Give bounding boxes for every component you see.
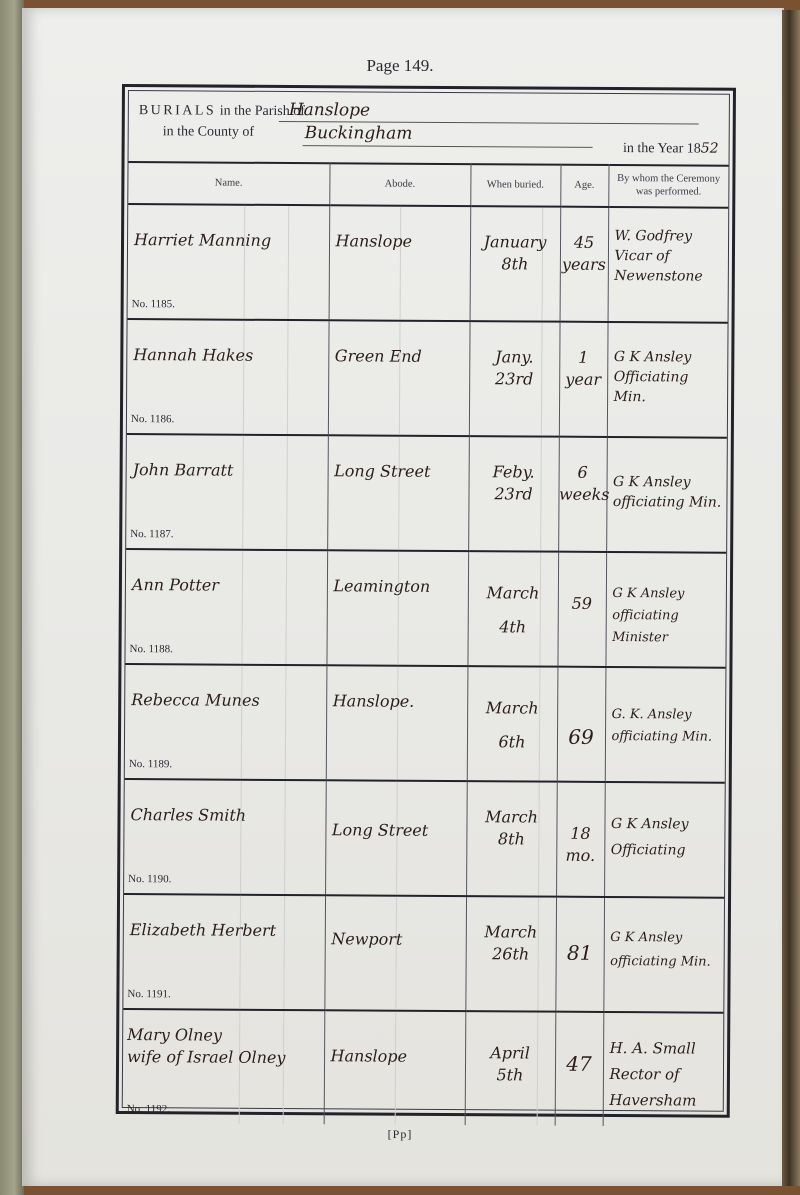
table-row: Charles SmithNo. 1190. Long Street March… [124, 779, 725, 898]
entry-abode: Long Street [334, 460, 464, 483]
cell-age: 18 mo. [556, 782, 605, 897]
entry-abode: Long Street [332, 819, 462, 842]
entry-abode: Newport [331, 928, 461, 951]
entry-officiant: G. K. Ansley officiating Min. [611, 704, 721, 749]
entry-age: 45 years [560, 232, 607, 276]
entry-abode: Green End [335, 345, 465, 368]
entry-abode: Hanslope. [333, 690, 463, 713]
cell-abode: Leamington [326, 550, 468, 666]
cell-age: 1 year [559, 322, 608, 437]
entry-when-buried: March 26th [466, 921, 555, 966]
entry-name: Ann Potter [132, 574, 323, 597]
year-suffix: 52 [701, 141, 719, 157]
entry-age: 81 [556, 942, 603, 964]
entry-name: Elizabeth Herbert [130, 919, 321, 942]
entry-abode: Hanslope [335, 230, 465, 253]
entry-when-buried: Feby. 23rd [469, 461, 558, 506]
entry-when-buried: Jany. 23rd [470, 346, 559, 391]
burials-heading: BURIALS [139, 103, 216, 118]
cell-name: John BarrattNo. 1187. [126, 434, 328, 550]
entry-number: No. 1187. [130, 528, 173, 540]
entry-officiant: H. A. Small Rector of Haversham [609, 1035, 719, 1114]
register-title-block: BURIALS in the Parish of Hanslope in the… [129, 91, 729, 167]
entry-officiant: G K Ansley Officiating Min. [614, 347, 724, 408]
col-header-age: Age. [560, 164, 608, 207]
cell-when-buried: March 4th [467, 551, 558, 667]
col-header-officiant: By whom the Ceremony was performed. [608, 164, 728, 208]
cell-age: 59 [557, 552, 606, 667]
cell-name: Rebecca MunesNo. 1189. [125, 664, 327, 780]
cell-when-buried: March 6th [467, 666, 558, 782]
cell-when-buried: April 5th [465, 1011, 556, 1126]
table-row: Ann PotterNo. 1188. Leamington March 4th… [125, 549, 726, 668]
table-row: Elizabeth HerbertNo. 1191. Newport March… [123, 894, 724, 1013]
table-row: Harriet ManningNo. 1185. Hanslope Januar… [128, 204, 729, 323]
table-row: John BarrattNo. 1187. Long Street Feby. … [126, 434, 727, 553]
entry-age: 6 weeks [559, 462, 606, 506]
entry-when-buried: March 8th [467, 806, 556, 851]
page-edges [782, 10, 800, 1186]
year-label: in the Year 18 [623, 141, 701, 156]
page-number: Page 149. [0, 56, 800, 76]
table-row: Mary Olney wife of Israel OlneyNo. 1192.… [123, 1009, 724, 1127]
table-row: Hannah HakesNo. 1186. Green End Jany. 23… [127, 319, 728, 438]
entry-when-buried: March 4th [468, 576, 557, 645]
entry-name: Charles Smith [130, 804, 321, 827]
cell-officiant: G K Ansley officiating Min. [606, 437, 727, 553]
cell-age: 69 [557, 667, 606, 782]
parish-value: Hanslope [289, 100, 370, 120]
register-inner-frame: BURIALS in the Parish of Hanslope in the… [122, 90, 730, 1112]
entry-officiant: G K Ansley Officiating [611, 811, 721, 864]
cell-name: Ann PotterNo. 1188. [125, 549, 327, 665]
cell-name: Mary Olney wife of Israel OlneyNo. 1192. [123, 1009, 325, 1124]
table-row: Rebecca MunesNo. 1189. Hanslope. March 6… [125, 664, 726, 783]
entry-age: 18 mo. [557, 823, 604, 867]
entry-number: No. 1191. [127, 988, 170, 1000]
entry-number: No. 1188. [130, 643, 173, 655]
entry-number: No. 1186. [131, 413, 174, 425]
cell-officiant: G K Ansley Officiating [604, 782, 725, 898]
entry-name: Mary Olney wife of Israel Olney [127, 1024, 320, 1069]
book-spine [0, 0, 24, 1195]
cell-name: Harriet ManningNo. 1185. [128, 204, 330, 320]
cell-when-buried: January 8th [470, 206, 561, 322]
cell-officiant: G K Ansley officiating Min. [603, 897, 724, 1013]
entry-number: No. 1192. [127, 1103, 170, 1115]
cell-abode: Hanslope [329, 205, 471, 321]
entry-abode: Hanslope [330, 1045, 460, 1068]
county-value: Buckingham [305, 123, 413, 144]
cell-abode: Long Street [327, 435, 469, 551]
col-header-abode: Abode. [329, 162, 470, 206]
cell-abode: Hanslope [324, 1010, 466, 1125]
entry-when-buried: March 6th [467, 691, 556, 760]
entry-when-buried: April 5th [465, 1042, 554, 1087]
cell-age: 47 [555, 1012, 604, 1126]
entry-officiant: W. Godfrey Vicar of Newenstone [614, 226, 724, 287]
entry-abode: Leamington [333, 575, 463, 598]
cell-name: Hannah HakesNo. 1186. [127, 319, 329, 435]
cell-age: 6 weeks [558, 437, 607, 552]
entry-age: 59 [558, 593, 605, 615]
cell-abode: Long Street [325, 780, 467, 896]
entry-officiant: G K Ansley officiating Min. [610, 926, 720, 975]
col-header-name: Name. [128, 161, 329, 205]
entry-when-buried: January 8th [470, 231, 559, 276]
entry-name: Harriet Manning [134, 229, 325, 252]
entry-number: No. 1185. [132, 298, 175, 310]
entry-name: Rebecca Munes [131, 689, 322, 712]
cell-officiant: G K Ansley Officiating Min. [607, 322, 728, 438]
cell-age: 81 [555, 897, 604, 1012]
cell-abode: Hanslope. [326, 665, 468, 781]
cell-name: Elizabeth HerbertNo. 1191. [123, 894, 325, 1010]
entry-number: No. 1190. [128, 873, 171, 885]
entry-number: No. 1189. [129, 758, 172, 770]
col-header-when-buried: When buried. [470, 163, 560, 207]
county-label: in the County of [163, 124, 254, 141]
cell-officiant: G. K. Ansley officiating Min. [605, 667, 726, 783]
entry-name: Hannah Hakes [133, 344, 324, 367]
cell-when-buried: Jany. 23rd [469, 321, 560, 437]
cell-officiant: W. Godfrey Vicar of Newenstone [608, 207, 729, 323]
entry-age: 69 [557, 726, 604, 748]
cell-age: 45 years [560, 207, 609, 322]
entry-age: 1 year [560, 347, 607, 391]
signature-mark: [Pp] [0, 1127, 800, 1142]
cell-abode: Newport [324, 895, 466, 1011]
cell-when-buried: March 8th [466, 781, 557, 897]
cell-when-buried: Feby. 23rd [468, 436, 559, 552]
cell-officiant: G K Ansley officiating Minister [605, 552, 726, 668]
entry-officiant: G K Ansley officiating Minister [612, 583, 722, 650]
year-field: in the Year 1852 [623, 140, 719, 158]
burials-table: Name. Abode. When buried. Age. By whom t… [123, 161, 729, 1127]
entry-name: John Barratt [133, 459, 324, 482]
cell-name: Charles SmithNo. 1190. [124, 779, 326, 895]
table-header-row: Name. Abode. When buried. Age. By whom t… [128, 161, 728, 208]
entry-officiant: G K Ansley officiating Min. [613, 472, 723, 513]
cell-officiant: H. A. Small Rector of Haversham [603, 1012, 724, 1127]
cell-when-buried: March 26th [465, 896, 556, 1012]
burial-register-table: BURIALS in the Parish of Hanslope in the… [116, 84, 736, 1118]
entry-age: 47 [555, 1053, 602, 1075]
cell-abode: Green End [328, 320, 470, 436]
